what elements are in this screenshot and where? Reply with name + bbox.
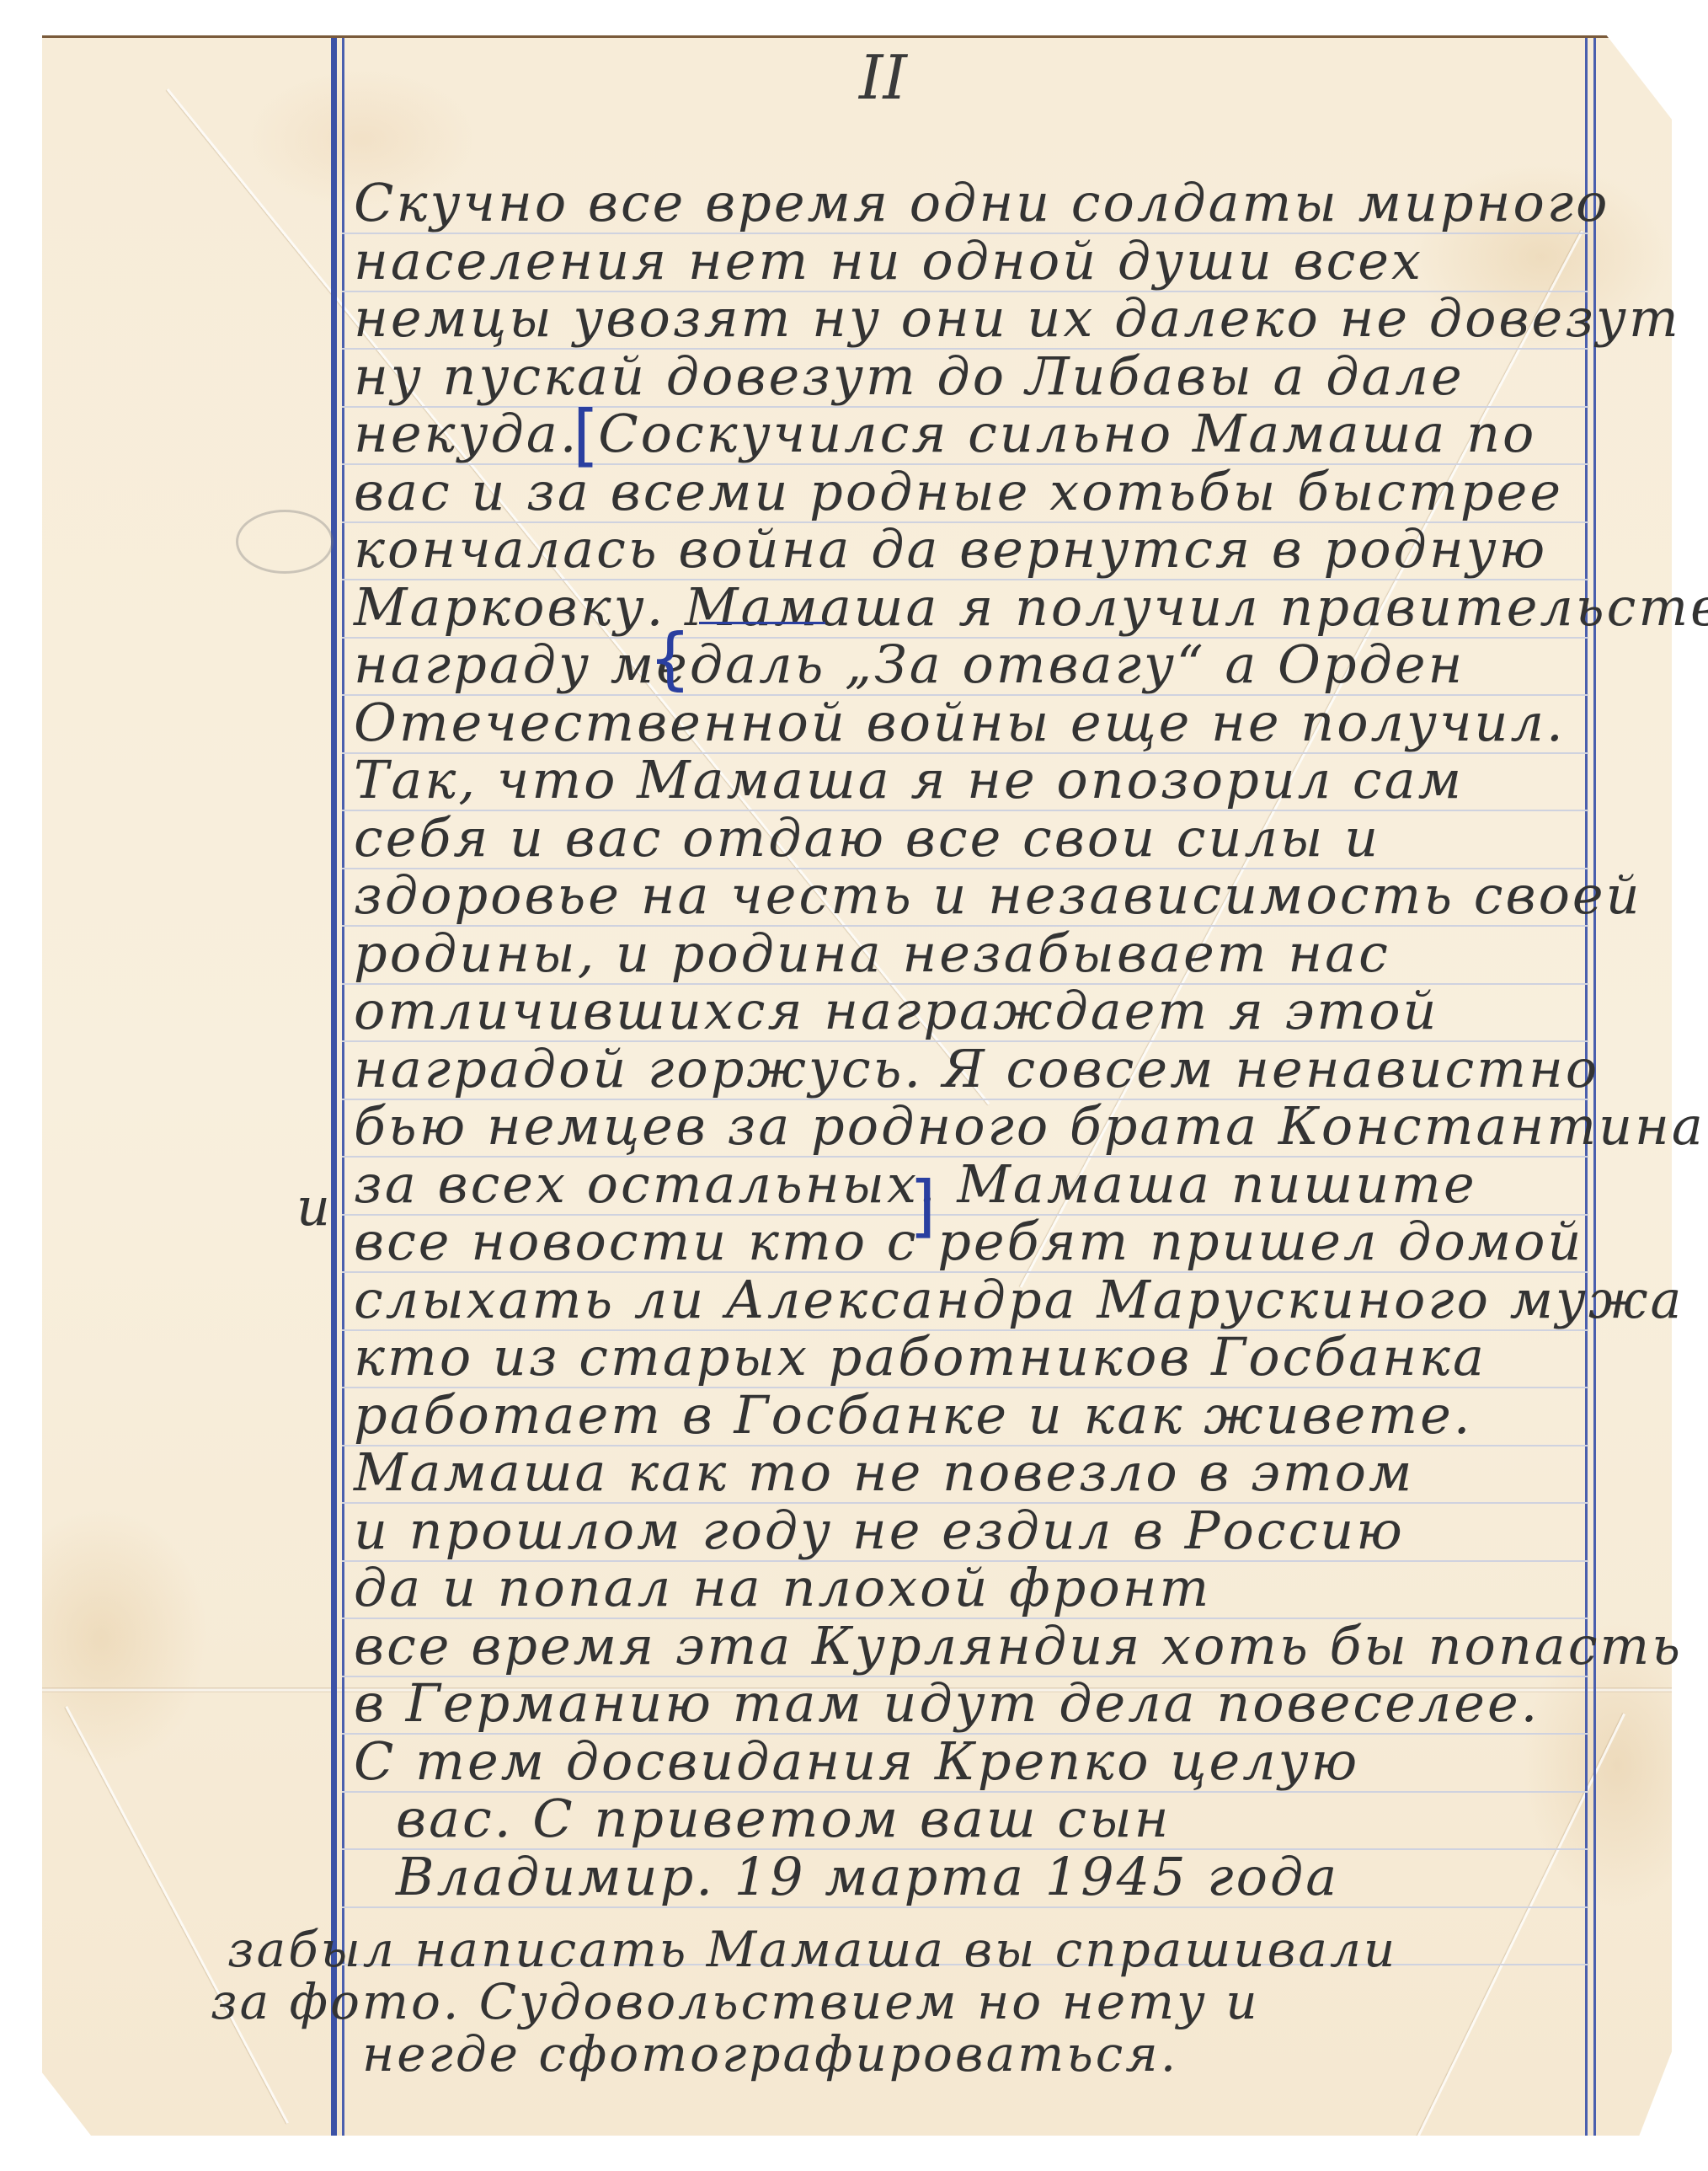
postscript-line: за фото. Судовольствием но нету и (211, 1977, 1260, 2026)
letter-line: населения нет ни одной души всех (354, 235, 1423, 287)
letter-line: родины, и родина незабывает нас (354, 928, 1390, 980)
letter-line: работает в Госбанке и как живете. (354, 1389, 1472, 1441)
letter-line: здоровье на честь и независимость своей (354, 869, 1642, 922)
letter-line: слыхать ли Александра Марускиного мужа (354, 1274, 1684, 1326)
letter-line: вас и за всеми родные хотьбы быстрее (354, 466, 1563, 518)
letter-line: некуда. Соскучился сильно Мамаша по (354, 408, 1536, 460)
margin-note: и (296, 1176, 330, 1238)
letter-line: отличившихся награждает я этой (354, 985, 1438, 1037)
postscript-line: забыл написать Мамаша вы спрашивали (227, 1925, 1397, 1974)
blue-bracket-mark: [ (573, 396, 599, 474)
letter-line: Мамаша как то не повезло в этом (354, 1446, 1414, 1499)
letter-line: Отечественной войны еще не получил. (354, 697, 1566, 749)
letter-line: ну пускай довезут до Либавы а дале (354, 350, 1465, 403)
letter-line: все новости кто с ребят пришел домой (354, 1216, 1583, 1268)
postscript-line: негде сфотографироваться. (362, 2029, 1178, 2078)
letter-line: вас. С приветом ваш сын (396, 1793, 1171, 1845)
letter-line: себя и вас отдаю все свои силы и (354, 812, 1380, 864)
letter-line: в Германию там идут дела повеселее. (354, 1677, 1540, 1730)
blue-bracket-mark: ] (910, 1167, 936, 1245)
letter-line: бью немцев за родного брата Константина (354, 1100, 1705, 1152)
letter-line: С тем досвидания Крепко целую (354, 1735, 1359, 1788)
letter-line: Марковку. Мамаша я получил правительстве… (354, 581, 1708, 634)
letter-line: немцы увозят ну они их далеко не довезут (354, 292, 1681, 345)
letter-line: кончалась война да вернутся в родную (354, 523, 1547, 575)
letter-line: Скучно все время одни солдаты мирного (354, 177, 1609, 229)
pencil-doodle (236, 510, 334, 574)
left-margin-line-thin (342, 38, 344, 2136)
blue-underline-mark (699, 622, 825, 624)
letter-line: все время эта Курляндия хоть бы попасть (354, 1620, 1683, 1672)
letter-line: кто из старых работников Госбанка (354, 1331, 1486, 1383)
letter-line: да и попал на плохой фронт (354, 1562, 1211, 1614)
letter-line: Так, что Мамаша я не опозорил сам (354, 754, 1464, 806)
letter-line: награду медаль „За отвагу“ а Орден (354, 639, 1465, 691)
diagonal-fold-crease (65, 1706, 289, 2124)
page-number: II (859, 42, 907, 113)
left-margin-line (331, 38, 337, 2136)
letter-line: наградой горжусь. Я совсем ненавистно (354, 1043, 1599, 1095)
blue-bracket-mark: { (649, 619, 691, 698)
letter-line: Владимир. 19 марта 1945 года (396, 1851, 1339, 1903)
letter-line: и прошлом году не ездил в Россию (354, 1505, 1405, 1557)
